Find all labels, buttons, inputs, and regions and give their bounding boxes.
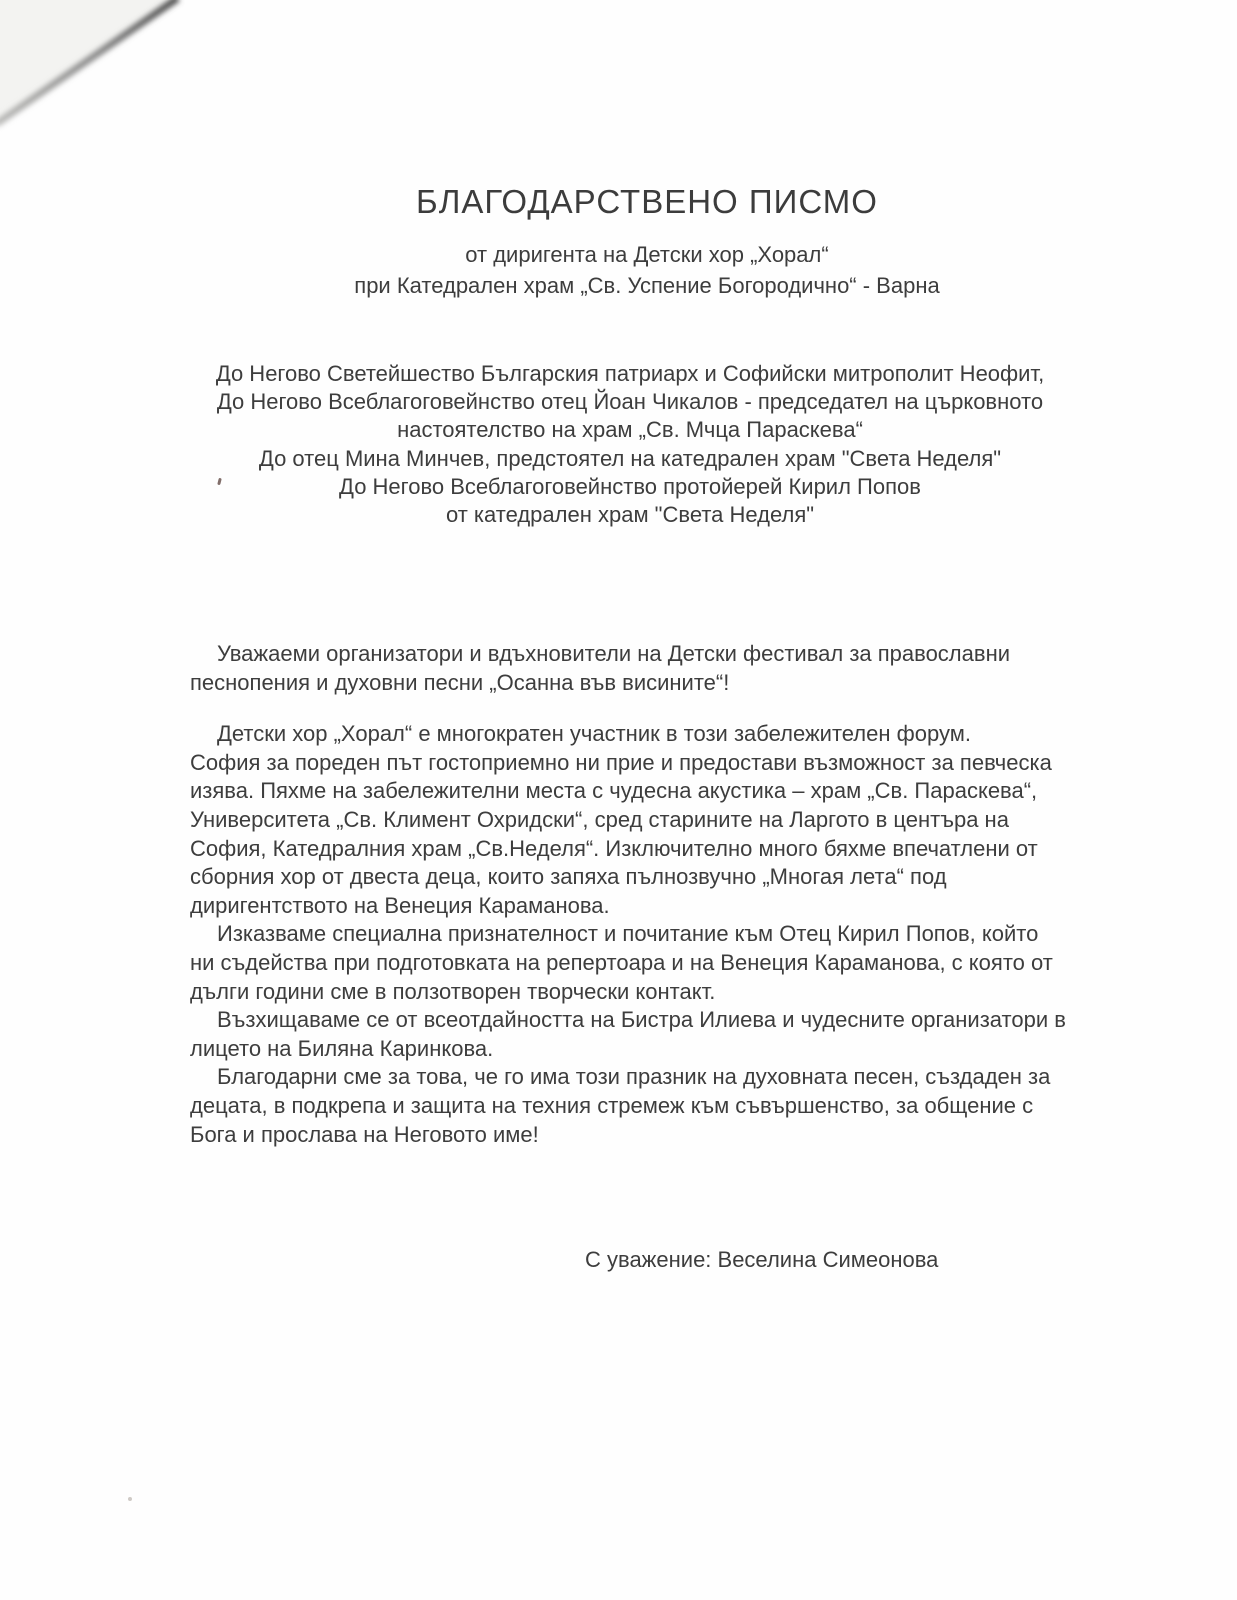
body-line: диригентството на Венеция Караманова.	[190, 892, 1090, 921]
body-line: Възхищаваме се от всеотдайността на Бист…	[190, 1006, 1090, 1035]
body-line: София, Катедралния храм „Св.Неделя“. Изк…	[190, 835, 1090, 864]
recipient-line: от катедрален храм "Света Неделя"	[23, 501, 1237, 529]
recipients-block: До Негово Светейшество Българския патриа…	[23, 360, 1237, 529]
scan-speck	[128, 1497, 132, 1501]
body-line: песнопения и духовни песни „Осанна във в…	[190, 669, 1090, 698]
body-line: лицето на Биляна Каринкова.	[190, 1035, 1090, 1064]
body-line: ни съдейства при подготовката на реперто…	[190, 949, 1090, 978]
subtitle-line: от диригента на Детски хор „Хорал“	[57, 239, 1237, 270]
body-paragraph: Възхищаваме се от всеотдайността на Бист…	[190, 1006, 1090, 1063]
body-line: Уважаеми организатори и вдъхновители на …	[190, 640, 1090, 669]
page-corner-fold	[0, 0, 210, 145]
body-line: Благодарни сме за това, че го има този п…	[190, 1063, 1090, 1092]
body-line: Университета „Св. Климент Охридски“, сре…	[190, 806, 1090, 835]
recipient-line: До Негово Всеблагоговейнство протойерей …	[23, 473, 1237, 501]
recipient-line: настоятелство на храм „Св. Мчца Параскев…	[23, 416, 1237, 444]
body-line: Изказваме специална признателност и почи…	[190, 920, 1090, 949]
letter-subtitle: от диригента на Детски хор „Хорал“ при К…	[57, 239, 1237, 301]
body-line: децата, в подкрепа и защита на техния ст…	[190, 1092, 1090, 1121]
salutation-paragraph: Уважаеми организатори и вдъхновители на …	[190, 640, 1090, 697]
body-line: София за пореден път гостоприемно ни при…	[190, 749, 1090, 778]
body-paragraph: Изказваме специална признателност и почи…	[190, 920, 1090, 1006]
letter-body: Уважаеми организатори и вдъхновители на …	[190, 640, 1090, 1149]
body-paragraph: Детски хор „Хорал“ е многократен участни…	[190, 720, 1090, 920]
recipient-line: До Негово Светейшество Българския патриа…	[23, 360, 1237, 388]
recipient-line: До Негово Всеблагоговейнство отец Йоан Ч…	[23, 388, 1237, 416]
body-line: Детски хор „Хорал“ е многократен участни…	[190, 720, 1090, 749]
subtitle-line: при Катедрален храм „Св. Успение Богород…	[57, 270, 1237, 301]
letter-title: БЛАГОДАРСТВЕНО ПИСМО	[57, 183, 1237, 221]
letter-page: БЛАГОДАРСТВЕНО ПИСМО от диригента на Дет…	[0, 0, 1237, 1600]
body-line: изява. Пяхме на забележителни места с чу…	[190, 777, 1090, 806]
recipient-line: До отец Мина Минчев, предстоятел на кате…	[23, 445, 1237, 473]
body-paragraph: Благодарни сме за това, че го има този п…	[190, 1063, 1090, 1149]
body-line: Бога и прослава на Неговото име!	[190, 1121, 1090, 1150]
body-line: сборния хор от двеста деца, които запяха…	[190, 863, 1090, 892]
body-line: дълги години сме в ползотворен творчески…	[190, 978, 1090, 1007]
signature-line: С уважение: Веселина Симеонова	[585, 1247, 938, 1273]
